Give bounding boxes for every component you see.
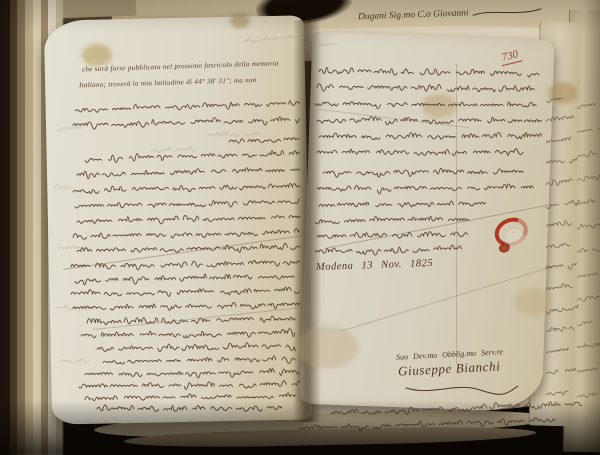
handwriting-stroke <box>318 195 486 211</box>
handwriting-stroke <box>575 313 597 330</box>
handwriting-stroke <box>575 97 597 114</box>
handwriting-line <box>316 226 468 243</box>
handwriting-line <box>322 163 530 178</box>
handwriting-stroke <box>316 226 468 243</box>
bleedthrough-mark <box>54 180 78 194</box>
bleedthrough-mark <box>56 120 82 135</box>
pen-flourish-icon <box>470 5 544 20</box>
handwriting-fragment <box>575 145 598 162</box>
bleedthrough-mark <box>208 125 260 141</box>
handwriting-stroke <box>58 240 86 254</box>
bleedthrough-mark <box>60 352 90 366</box>
manuscript-photo: che sarà forse pubblicata nel prossimo f… <box>0 0 600 455</box>
handwriting-stroke <box>318 128 542 142</box>
handwriting-stroke <box>322 163 530 178</box>
handwriting-stroke <box>96 399 282 414</box>
handwriting-stroke <box>575 361 598 378</box>
handwriting-stroke <box>314 95 542 111</box>
handwriting-fragment <box>575 97 597 114</box>
handwriting-line <box>316 79 542 95</box>
handwriting-stroke <box>60 352 90 366</box>
wax-seal-remnant <box>488 213 538 272</box>
handwriting-fragment <box>575 361 598 378</box>
handwriting-stroke <box>314 241 464 258</box>
handwriting-line <box>316 144 526 158</box>
paper-stain <box>82 44 112 66</box>
handwriting-stroke <box>575 264 600 282</box>
handwriting-stroke <box>316 79 542 95</box>
handwriting-stroke <box>56 120 82 135</box>
handwriting-stroke <box>55 300 81 314</box>
handwriting-stroke <box>208 125 260 141</box>
handwriting-stroke <box>314 211 476 228</box>
bleedthrough-mark <box>58 240 86 254</box>
handwriting-stroke <box>316 112 542 127</box>
handwriting-line <box>316 112 542 127</box>
handwriting-stroke <box>316 144 526 158</box>
handwriting-fragment <box>575 264 600 282</box>
handwriting-stroke <box>575 145 598 162</box>
handwriting-line <box>96 399 282 414</box>
paper-stain <box>230 14 250 28</box>
bleedthrough-mark <box>55 300 81 314</box>
handwriting-line <box>314 211 476 228</box>
handwriting-fragment <box>575 313 597 330</box>
handwriting-line <box>318 195 486 211</box>
handwriting-stroke <box>54 180 78 194</box>
signature-flourish-icon <box>402 382 522 396</box>
handwriting-line <box>314 95 542 111</box>
handwriting-line <box>318 128 542 142</box>
handwriting-line <box>316 179 534 195</box>
handwriting-stroke <box>150 140 196 156</box>
handwriting-line <box>314 241 464 258</box>
handwriting-stroke <box>316 179 534 195</box>
bleedthrough-mark <box>150 140 196 156</box>
paper-stain <box>296 326 358 368</box>
